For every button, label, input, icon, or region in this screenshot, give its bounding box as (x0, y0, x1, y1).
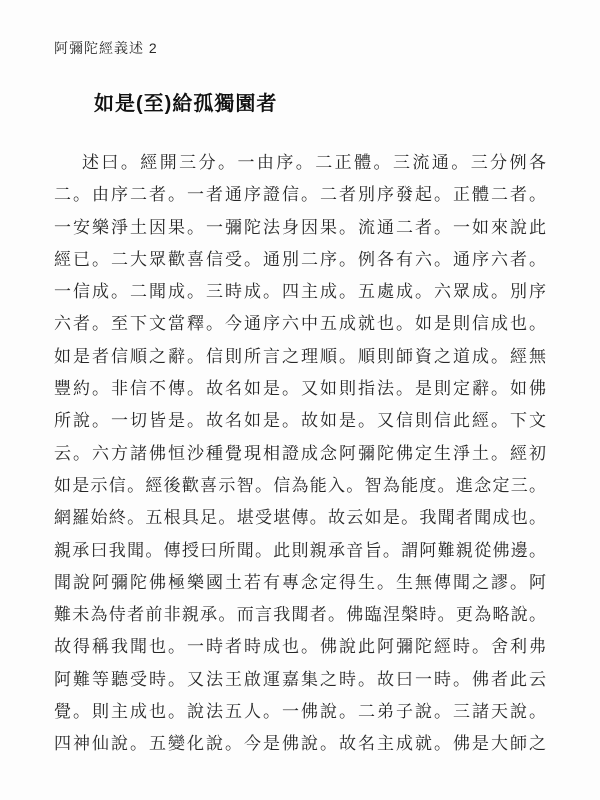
body-line: 故得稱我聞也。一時者時成也。佛說此阿彌陀經時。舍利弗 (54, 631, 546, 663)
body-line: 云。六方諸佛恒沙種覺現相證成念阿彌陀佛定生淨土。經初 (54, 438, 546, 470)
body-line: 一安樂淨土因果。一彌陀法身因果。流通二者。一如來說此 (54, 212, 546, 244)
section-heading: 如是(至)給孤獨園者 (94, 92, 546, 117)
body-line: 豐約。非信不傳。故名如是。又如則指法。是則定辭。如佛 (54, 373, 546, 405)
body-line: 如是示信。經後歡喜示智。信為能入。智為能度。進念定三。 (54, 470, 546, 502)
body-line: 一信成。二聞成。三時成。四主成。五處成。六眾成。別序 (54, 276, 546, 308)
body-line: 親承曰我聞。傳授曰所聞。此則親承音旨。謂阿難親從佛邊。 (54, 535, 546, 567)
body-line: 網羅始終。五根具足。堪受堪傳。故云如是。我聞者聞成也。 (54, 502, 546, 534)
body-line: 阿難等聽受時。又法王啟運嘉集之時。故曰一時。佛者此云 (54, 664, 546, 696)
body-line: 二。由序二者。一者通序證信。二者別序發起。正體二者。 (54, 179, 546, 211)
body-line: 如是者信順之辭。信則所言之理順。順則師資之道成。經無 (54, 341, 546, 373)
body-line: 四神仙說。五變化說。今是佛說。故名主成就。佛是大師之 (54, 728, 546, 760)
body-line: 覺。則主成也。說法五人。一佛說。二弟子說。三諸天說。 (54, 696, 546, 728)
body-line: 難未為侍者前非親承。而言我聞者。佛臨涅槃時。更為略說。 (54, 599, 546, 631)
body-line: 所說。一切皆是。故名如是。故如是。又信則信此經。下文 (54, 405, 546, 437)
body-line: 聞說阿彌陀佛極樂國土若有專念定得生。生無傳聞之謬。阿 (54, 567, 546, 599)
running-header: 阿彌陀經義述 2 (54, 41, 546, 56)
document-page: 阿彌陀經義述 2 如是(至)給孤獨園者 述曰。經開三分。一由序。二正體。三流通。… (0, 0, 600, 800)
body-line: 述曰。經開三分。一由序。二正體。三流通。三分例各 (54, 147, 546, 179)
body-line: 經已。二大眾歡喜信受。通別二序。例各有六。通序六者。 (54, 244, 546, 276)
body-line: 六者。至下文當釋。今通序六中五成就也。如是則信成也。 (54, 308, 546, 340)
body-text: 述曰。經開三分。一由序。二正體。三流通。三分例各 二。由序二者。一者通序證信。二… (54, 147, 546, 761)
